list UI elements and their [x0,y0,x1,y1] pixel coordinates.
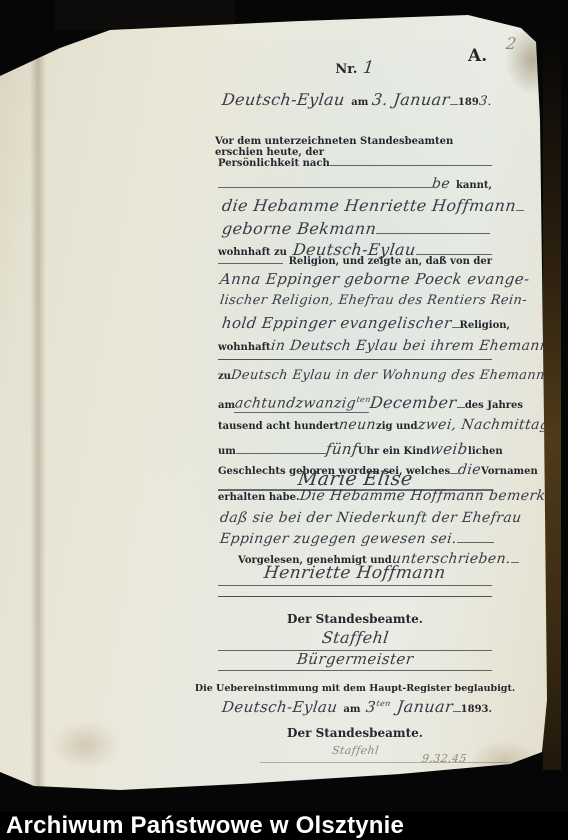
child-name: Marie Elise [218,468,492,490]
record-number: Nr. 1 [218,58,492,78]
mother-line1: Anna Eppinger geborne Poeck evange- [220,270,494,288]
rule [416,254,492,255]
paper-stain [50,720,120,770]
birth-year-line: tausend acht hundert neun zig und zwei, … [218,417,492,433]
declarant-line1: die Hebamme Henriette Hoffmann [222,196,496,215]
cert-day: 3ten [365,698,391,716]
bekannt-line: be kannt, [218,176,492,192]
religion-printed-line: Religion, und zeigte an, daß von der [218,256,492,267]
persoenlichkeit-line: Persönlichkeit nach [218,158,492,169]
pencil-page-number: 2 [506,34,536,53]
mother-line3: hold Eppinger evangelischer Religion, [222,314,496,332]
birth-date-line: am achtundzwanzigten December des Jahres [218,393,492,413]
page-gutter-crease [30,20,46,790]
rule [457,407,465,408]
mother-residence-line: wohnhaft in Deutsch Eylau bei ihrem Ehem… [218,338,492,354]
birth-hour-line: um fünf Uhr ein Kind weib lichen [218,440,492,458]
remark-line3: Eppinger zugegen gewesen sei. [220,531,494,547]
rule [511,562,519,563]
rule [218,263,283,264]
pencil-archival-note: 9.32.45 [422,752,482,765]
rule [236,453,326,454]
remark-line1: erhalten habe. Die Hebamme Hoffmann beme… [218,488,492,504]
registrar-heading: Der Standesbeamte. [218,612,492,626]
section-divider [218,596,492,597]
mother-line2: lischer Religion, Ehefrau des Rentiers R… [220,293,494,308]
section-divider [218,359,492,360]
birth-place-line: zu Deutsch Eylau in der Wohnung des Ehem… [218,368,492,383]
rule [218,187,432,188]
header-date-line: Deutsch-Eylau am 3. Januar 1893. [222,90,492,109]
remark-line2: daß sie bei der Niederkunft der Ehefrau [220,510,494,526]
archive-banner: Archiwum Państwowe w Olsztynie [0,812,568,840]
rule [376,233,490,234]
intro-line: Vor dem unterzeichneten Standesbeamten e… [215,136,492,158]
rule [450,104,458,105]
archive-banner-title: Archiwum Państwowe w Olsztynie [6,812,404,839]
rule [453,711,461,712]
rule [516,210,524,211]
registrar-signature-line: Staffehl [218,628,492,651]
registrar-heading-2: Der Standesbeamte. [218,726,492,740]
certification-line: Die Uebereinstimmung mit dem Haupt-Regis… [218,683,492,694]
archival-scan: A. 2 Nr. 1 Deutsch-Eylau am 3. Januar 18… [0,0,568,840]
rule [452,327,460,328]
registry-page: A. 2 Nr. 1 Deutsch-Eylau am 3. Januar 18… [0,0,568,800]
birth-day: achtundzwanzigten [234,395,371,413]
rule [457,542,494,543]
declarant-line2: geborne Bekmann [222,219,490,238]
registrar-title-line: Bürgermeister [218,650,492,671]
declarant-signature-line: Henriette Hoffmann [218,563,492,586]
rule [330,165,492,166]
certification-date-line: Deutsch-Eylau am 3ten Januar 1893. [222,697,492,716]
